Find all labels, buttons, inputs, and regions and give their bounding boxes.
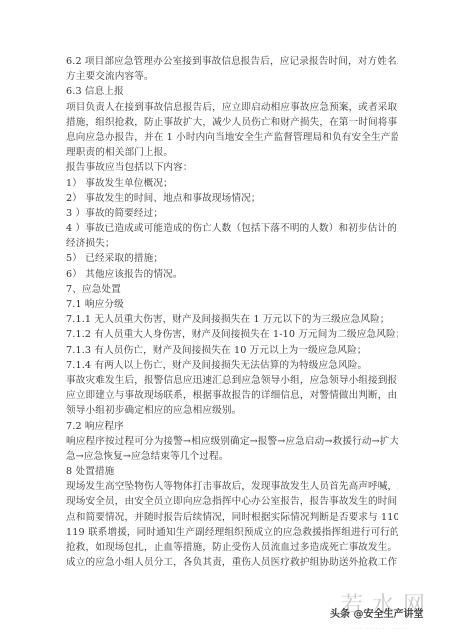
text-line: 6.2 项目部应急管理办公室接到事故信息报告后，应记录报告时间，对方姓名，双: [66, 54, 398, 69]
text-line: 项目负责人在接到事故信息报告后，应立即启动相应事故应急预案，或者采取有效: [66, 100, 398, 115]
text-line: 经济损失；: [66, 236, 398, 251]
watermark: 若水网 头条 @安全生产讲堂 ···· ······ ······: [330, 588, 445, 632]
text-line: 息向应急办报告，并在 1 小时内向当地安全生产监督管理局和负有安全生产监督管: [66, 130, 398, 145]
text-line: 应立即建立与事故现场联系，根据事故报告的详细信息，对警情做出判断，由应急: [66, 388, 398, 403]
list-item: 6） 其他应该报告的情况。: [66, 267, 398, 282]
text-line: 措施，组织抢救，防止事故扩大，减少人员伤亡和财产损失，在第一时间将事故信: [66, 115, 398, 130]
section-heading: 7、应急处置: [66, 282, 398, 297]
list-item: 5） 已经采取的措施；: [66, 251, 398, 266]
section-heading: 8 处置措施: [66, 464, 398, 479]
text-line: 抢救，如现场包扎，止血等措施，防止受伤人员流血过多造成死亡事故发生。预先: [66, 540, 398, 555]
list-item: 2） 事故发生的时间、地点和事故现场情况；: [66, 191, 398, 206]
text-line: 119 联系增援，同时通知生产副经理组织预成立的应急救援指挥组进行可行的应急: [66, 525, 398, 540]
text-line: 报告事故应当包括以下内容：: [66, 160, 398, 175]
text-line: 7.1.4 有两人以上伤亡，财产及间接损失无法估算的为特级应急风险。: [66, 358, 398, 373]
text-line: 7.1.2 有人员重大人身伤害，财产及间接损失在 1-10 万元间为二级应急风险…: [66, 327, 398, 342]
section-heading: 6.3 信息上报: [66, 84, 398, 99]
text-line: 响应程序按过程可分为接警→相应级别确定→报警→应急启动→救援行动→扩大应: [66, 434, 398, 449]
list-item: 4 ）事故已造成或可能造成的伤亡人数（包括下落不明的人数）和初步估计的直接: [66, 221, 398, 236]
text-line: 理职责的相关部门上报。: [66, 145, 398, 160]
list-item: 1） 事故发生单位概况；: [66, 176, 398, 191]
text-line: 成立的应急小组人员分工，各负其责，重伤人员医疗救护组协助送外抢救工作，门: [66, 555, 398, 570]
watermark-attribution: 头条 @安全生产讲堂: [330, 605, 450, 620]
text-line: 事故灾难发生后，报警信息应迅速汇总到应急领导小组，应急领导小组接到报警后，: [66, 373, 398, 388]
text-line: 领导小组初步确定相应的应急相应级别。: [66, 403, 398, 418]
text-line: 点和简要情况，并随时报告后续情况，同时根据实际情况判断是否要求与 110、120…: [66, 510, 398, 525]
text-line: 现场安全员，由安全员立即向应急指挥中心办公室报告，报告事故发生的时间、地: [66, 494, 398, 509]
text-line: 7.1.3 有人员伤亡，财产及间接损失在 10 万元以上为一级应急风险；: [66, 343, 398, 358]
text-line: 7.1.1 无人员重大伤害，财产及间接损失在 1 万元以下的为三级应急风险；: [66, 312, 398, 327]
text-line: 急→应急恢复→应急结束等几个过程。: [66, 449, 398, 464]
text-line: 现场发生高空坠物伤人等物体打击事故后，发现事故发生人员首先高声呼喊，通知: [66, 479, 398, 494]
watermark-decoration: ···· ······ ······: [350, 626, 409, 631]
text-line: 方主要交流内容等。: [66, 69, 398, 84]
document-page: 6.2 项目部应急管理办公室接到事故信息报告后，应记录报告时间，对方姓名，双 方…: [66, 54, 398, 570]
list-item: 3 ）事故的简要经过；: [66, 206, 398, 221]
section-heading: 7.2 响应程序: [66, 419, 398, 434]
section-heading: 7.1 响应分级: [66, 297, 398, 312]
